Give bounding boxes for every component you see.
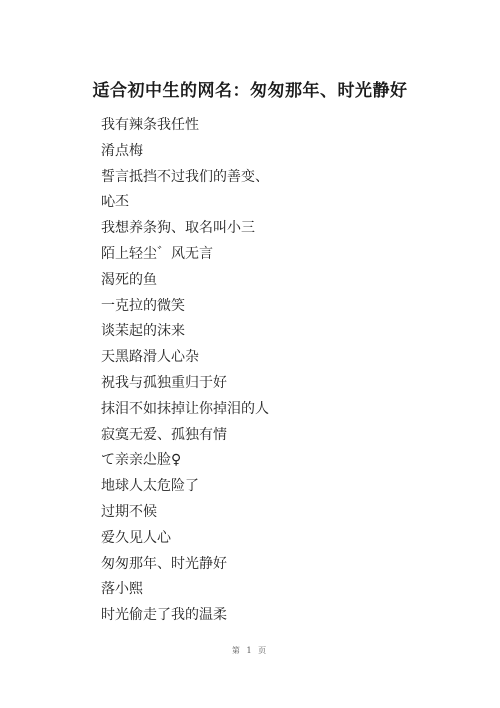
page-number: 第 1 页	[0, 645, 500, 656]
list-item: 匆匆那年、时光静好	[101, 552, 269, 578]
list-item: 天黑路滑人心杂	[101, 345, 269, 371]
list-item: 誓言抵挡不过我们的善变、	[101, 165, 269, 191]
list-item: 渴死的鱼	[101, 268, 269, 294]
list-item: 时光偷走了我的温柔	[101, 603, 269, 629]
list-item: 爱久见人心	[101, 526, 269, 552]
list-item: 地球人太危险了	[101, 474, 269, 500]
document-page: 适合初中生的网名：匆匆那年、时光静好 我有辣条我任性 淆点梅 誓言抵挡不过我们的…	[0, 0, 500, 708]
list-item: 谈苿起的沫来	[101, 319, 269, 345]
list-item: 寂寞无爱、孤独有情	[101, 423, 269, 449]
document-title: 适合初中生的网名：匆匆那年、时光静好	[0, 76, 500, 101]
list-item: 一克拉的微笑	[101, 294, 269, 320]
list-item: 我想养条狗、取名叫小三	[101, 216, 269, 242]
list-item: て亲亲尐脸♀	[101, 448, 269, 474]
list-item: 吣丕	[101, 190, 269, 216]
list-item: 我有辣条我任性	[101, 113, 269, 139]
name-list: 我有辣条我任性 淆点梅 誓言抵挡不过我们的善变、 吣丕 我想养条狗、取名叫小三 …	[101, 113, 269, 629]
list-item: 过期不候	[101, 500, 269, 526]
list-item: 祝我与孤独重归于好	[101, 371, 269, 397]
list-item: 抹泪不如抹掉让你掉泪的人	[101, 397, 269, 423]
list-item: 陌上轻尘゛风无言	[101, 242, 269, 268]
list-item: 淆点梅	[101, 139, 269, 165]
list-item: 落小熙	[101, 577, 269, 603]
